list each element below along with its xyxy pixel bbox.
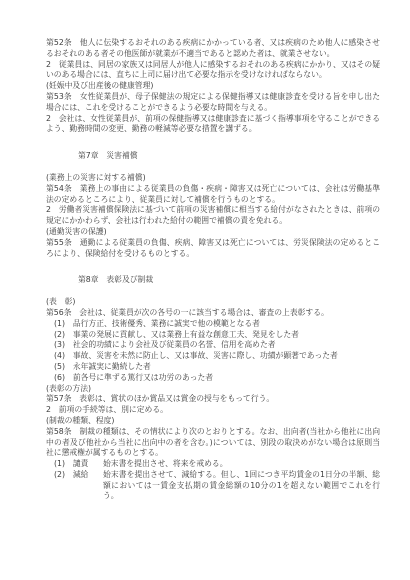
doc-line-defitem: (2) 減給始末書を提出させて、減給する。但し、1回につき平均賃金の1日分の半額… (46, 470, 380, 502)
doc-line-item: (5) 永年誠実に勤続した者 (46, 362, 380, 373)
doc-line-defitem: (1) 譴責始末書を提出させ、将来を戒める。 (46, 459, 380, 470)
doc-line-para: 2 労働者災害補償保険法に基づいて前項の災害補償に相当する給付がなされたときは、… (46, 205, 380, 227)
doc-line-item: (1) 品行方正、技術優秀、業務に誠実で他の模範となる者 (46, 319, 380, 330)
doc-line-item: (3) 社会的功績により会社及び従業員の名誉、信用を高めた者 (46, 340, 380, 351)
doc-line-para: 2 従業員は、同居の家族又は同居人が他人に感染するおそれのある疾病にかかり、又は… (46, 60, 380, 82)
doc-line-caption: (表 彰) (46, 297, 380, 308)
doc-line-chapter: 第7章 災害補償 (46, 151, 380, 162)
spacer (46, 135, 380, 151)
doc-line-para: 2 前項の手続等は、別に定める。 (46, 405, 380, 416)
doc-line-article: 第55条 通勤による従業員の負傷、疾病、障害又は死亡については、労災保険法の定め… (46, 238, 380, 260)
doc-line-caption: (通勤災害の保護) (46, 227, 380, 238)
doc-line-article: 第53条 女性従業員が、母子保健法の規定による保健指導又は健康診査を受ける旨を申… (46, 92, 380, 114)
doc-line-caption: (表彰の方法) (46, 384, 380, 395)
doc-line-item: (2) 事業の発展に貢献し、又は業務上有益な創意工夫、発見をした者 (46, 330, 380, 341)
doc-line-article: 第56条 会社は、従業員が次の各号の一に該当する場合は、審査の上表彰する。 (46, 308, 380, 319)
defitem-text: 始末書を提出させ、将来を戒める。 (103, 459, 380, 470)
doc-line-article: 第52条 他人に伝染するおそれのある疾病にかかっている者、又は疾病のため他人に感… (46, 38, 380, 60)
document-page: 第52条 他人に伝染するおそれのある疾病にかかっている者、又は疾病のため他人に感… (0, 0, 410, 580)
doc-line-article: 第58条 制裁の種類は、その情状により次のとおりとする。なお、出向者(当社から他… (46, 427, 380, 459)
document-body: 第52条 他人に伝染するおそれのある疾病にかかっている者、又は疾病のため他人に感… (46, 38, 380, 502)
defitem-text: 始末書を提出させて、減給する。但し、1回につき平均賃金の1日分の半額、総額におい… (103, 470, 380, 502)
defitem-label: (1) 譴責 (54, 459, 103, 470)
spacer (46, 286, 380, 297)
doc-line-article: 第54条 業務上の事由による従業員の負傷・疾病・障害又は死亡については、会社は労… (46, 184, 380, 206)
doc-line-item: (6) 前各号に準ずる篤行又は功労のあった者 (46, 373, 380, 384)
doc-line-para: 2 会社は、女性従業員が、前項の保健指導又は健康診査に基づく指導事項を守ることが… (46, 114, 380, 136)
doc-line-item: (4) 事故、災害を未然に防止し、又は事故、災害に際し、功績が顕著であった者 (46, 351, 380, 362)
doc-line-chapter: 第8章 表彰及び制裁 (46, 275, 380, 286)
doc-line-article: 第57条 表彰は、賞状のほか賞品又は賞金の授与をもって行う。 (46, 394, 380, 405)
spacer (46, 259, 380, 275)
spacer (46, 162, 380, 173)
defitem-label: (2) 減給 (54, 470, 103, 502)
doc-line-caption: (業務上の災害に対する補償) (46, 173, 380, 184)
doc-line-caption: (妊娠中及び出産後の健康管理) (46, 81, 380, 92)
doc-line-caption: (制裁の種類、程度) (46, 416, 380, 427)
